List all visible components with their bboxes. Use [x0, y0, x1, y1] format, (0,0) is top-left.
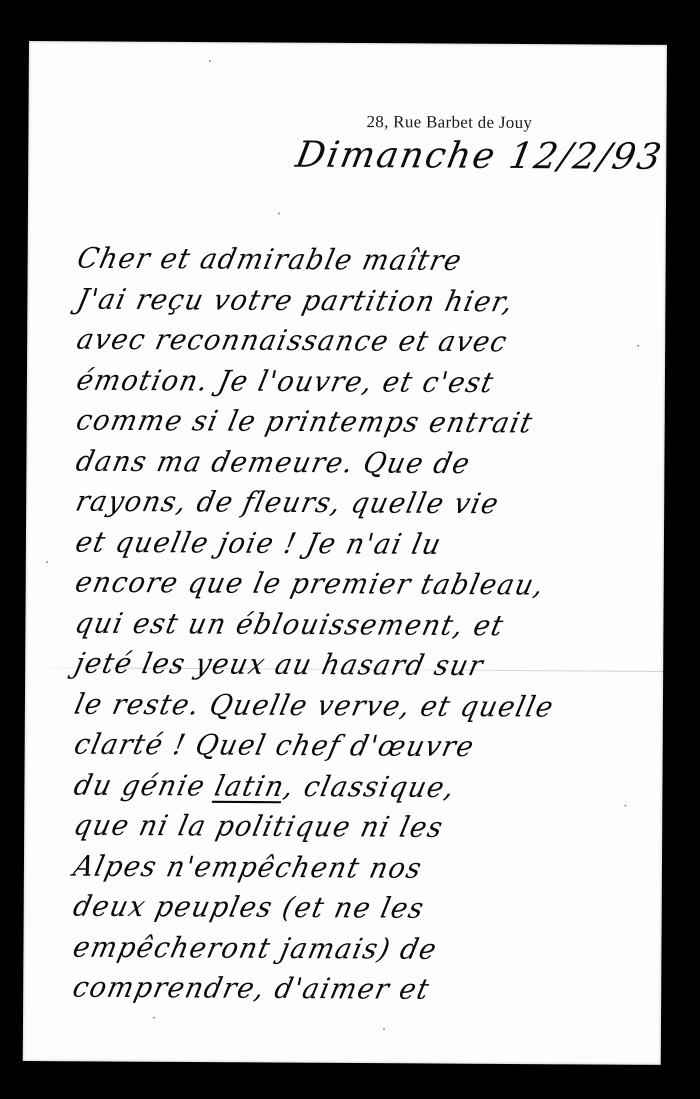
letter-line: avec reconnaissance et avec: [73, 319, 662, 365]
paper-speck: [153, 1017, 155, 1019]
letter-line: encore que le premier tableau,: [71, 562, 660, 608]
paper-speck: [624, 805, 626, 807]
paper-speck: [637, 345, 639, 347]
paper-speck: [383, 1028, 385, 1030]
letter-line: comme si le printemps entrait: [72, 400, 661, 446]
letter-line-salutation: Cher et admirable maître: [73, 238, 662, 284]
letter-line-underlined: du génie latin, classique,: [70, 765, 659, 811]
letter-page: 28, Rue Barbet de Jouy Dimanche 12/2/93 …: [23, 41, 667, 1065]
letter-line: que ni la politique ni les: [70, 805, 659, 851]
letter-line: Alpes n'empêchent nos: [69, 846, 658, 892]
letter-line: qui est un éblouissement, et: [71, 603, 660, 649]
letter-line: et quelle joie ! Je n'ai lu: [71, 522, 660, 568]
letter-line: émotion. Je l'ouvre, et c'est: [72, 360, 661, 406]
letter-line: dans ma demeure. Que de: [72, 441, 661, 487]
letter-line: empêcheront jamais) de: [69, 927, 658, 973]
paper-speck: [278, 213, 280, 215]
letter-line: rayons, de fleurs, quelle vie: [72, 481, 661, 527]
letter-line: le reste. Quelle verve, et quelle: [70, 684, 659, 730]
paper-speck: [209, 60, 211, 62]
paper-speck: [46, 561, 48, 563]
letter-line: clarté ! Quel chef d'œuvre: [70, 724, 659, 770]
letter-line: jeté les yeux au hasard sur: [71, 643, 660, 689]
letterhead-address: 28, Rue Barbet de Jouy: [366, 112, 532, 133]
letter-line: J'ai reçu votre partition hier,: [73, 279, 662, 325]
letter-line: comprendre, d'aimer et: [69, 967, 658, 1013]
underlined-word: latin: [212, 770, 288, 803]
letter-body: Cher et admirable maître J'ai reçu votre…: [73, 239, 658, 1012]
letter-line: deux peuples (et ne les: [69, 886, 658, 932]
letter-date: Dimanche 12/2/93: [293, 135, 667, 178]
